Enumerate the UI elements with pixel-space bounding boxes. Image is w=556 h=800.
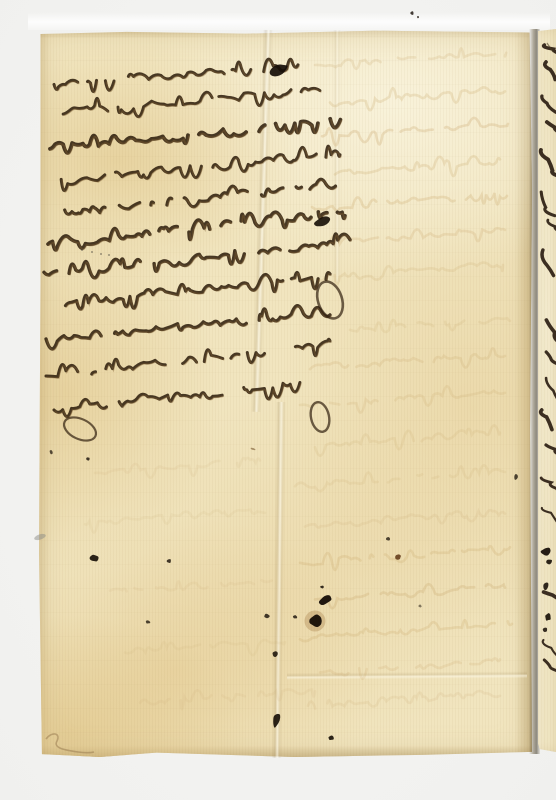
scanned-letter-page	[0, 0, 556, 800]
letter-sheet-verso	[38, 30, 532, 757]
scanner-glare-band	[28, 12, 550, 30]
adjacent-page-edge	[538, 29, 556, 752]
